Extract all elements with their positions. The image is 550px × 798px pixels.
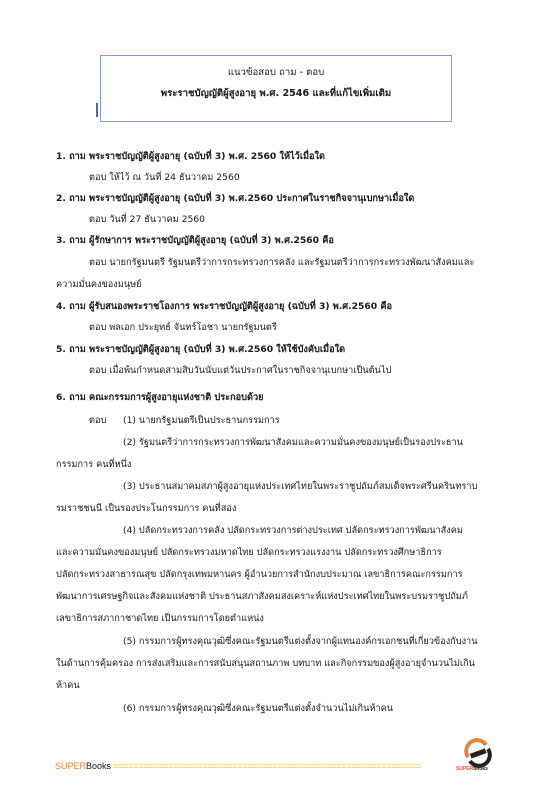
sub-item-5: (5) กรรมการผู้ทรงคุณวุฒิซึ่งคณะรัฐมนตรีแ… xyxy=(123,636,478,648)
answer-2: ตอบ วันที่ 27 ธันวาคม 2560 xyxy=(89,214,205,226)
sub-item-5-continued-1: ในด้านการคุ้มครอง การส่งเสริมและการสนับส… xyxy=(56,658,475,670)
answer-6-label: ตอบ xyxy=(89,415,106,427)
answer-5: ตอบ เมื่อพ้นกำหนดสามสิบวันนับแต่วันประกา… xyxy=(89,365,391,377)
sub-item-4-continued-1: และความมั่นคงของมนุษย์ ปลัดกระทรวงมหาดไท… xyxy=(56,547,442,559)
question-1: 1. ถาม พระราชบัญญัติผู้สูงอายุ (ฉบับที่ … xyxy=(56,151,325,163)
text-cursor-marker xyxy=(96,103,98,117)
sub-item-1: (1) นายกรัฐมนตรีเป็นประธานกรรมการ xyxy=(123,415,280,427)
logo-caption-books: books xyxy=(473,766,488,772)
logo-caption-super: SUPER xyxy=(456,766,473,772)
sub-item-4-continued-2: ปลัดกระทรวงสาธารณสุข ปลัดกรุงเทพมหานคร ผ… xyxy=(56,569,463,581)
sub-item-3-continued: รมราชชนนี เป็นรองประโนกรรมการ คนที่สอง xyxy=(56,503,236,515)
footer: SUPERBooks =============================… xyxy=(55,761,421,771)
question-3: 3. ถาม ผู้รักษาการ พระราชบัญญัติผู้สูงอา… xyxy=(56,235,334,247)
document-subtitle: พระราชบัญญัติผู้สูงอายุ พ.ศ. 2546 และที่… xyxy=(101,86,451,101)
sub-item-4: (4) ปลัดกระทรวงการคลัง ปลัดกระทรวงการต่า… xyxy=(123,525,463,537)
answer-1: ตอบ ให้ไว้ ณ วันที่ 24 ธันวาคม 2560 xyxy=(89,172,240,184)
logo-caption: SUPERbooks xyxy=(456,766,488,772)
sub-item-4-continued-4: เลขาธิการสภากาชาดไทย เป็นกรรมการโดยตำแหน… xyxy=(56,613,264,625)
title-box: แนวข้อสอบ ถาม - ตอบ พระราชบัญญัติผู้สูงอ… xyxy=(100,55,452,122)
question-5: 5. ถาม พระราชบัญญัติผู้สูงอายุ (ฉบับที่ … xyxy=(56,344,345,356)
footer-rule: ========================================… xyxy=(114,761,421,771)
sub-item-2: (2) รัฐมนตรีว่าการกระทรวงการพัฒนาสังคมแล… xyxy=(123,437,463,449)
document-title: แนวข้อสอบ ถาม - ตอบ xyxy=(101,65,451,80)
question-6: 6. ถาม คณะกรรมการผู้สูงอายุแห่งชาติ ประก… xyxy=(56,392,264,404)
sub-item-3: (3) ประธานสมาคมสภาผู้สูงอายุแห่งประเทศไท… xyxy=(123,481,477,493)
question-4: 4. ถาม ผู้รับสนองพระราชโองการ พระราชบัญญ… xyxy=(56,301,392,313)
answer-3: ตอบ นายกรัฐมนตรี รัฐมนตรีว่าการกระทรวงกา… xyxy=(89,257,474,269)
sub-item-5-continued-2: ห้าคน xyxy=(56,680,80,692)
answer-3-continued: ความมั่นคงของมนุษย์ xyxy=(56,279,142,291)
sub-item-6: (6) กรรมการผู้ทรงคุณวุฒิซึ่งคณะรัฐมนตรีแ… xyxy=(123,703,393,715)
footer-brand-books: Books xyxy=(86,761,111,771)
footer-brand-super: SUPER xyxy=(55,761,86,771)
answer-4: ตอบ พลเอก ประยุทธ์ จันทร์โอชา นายกรัฐมนต… xyxy=(89,322,277,334)
sub-item-2-continued: กรรมการ คนที่หนึ่ง xyxy=(56,459,131,471)
question-2: 2. ถาม พระราชบัญญัติผู้สูงอายุ (ฉบับที่ … xyxy=(56,193,414,205)
sub-item-4-continued-3: พัฒนาการเศรษฐกิจและสังคมแห่งชาติ ประธานส… xyxy=(56,591,468,603)
